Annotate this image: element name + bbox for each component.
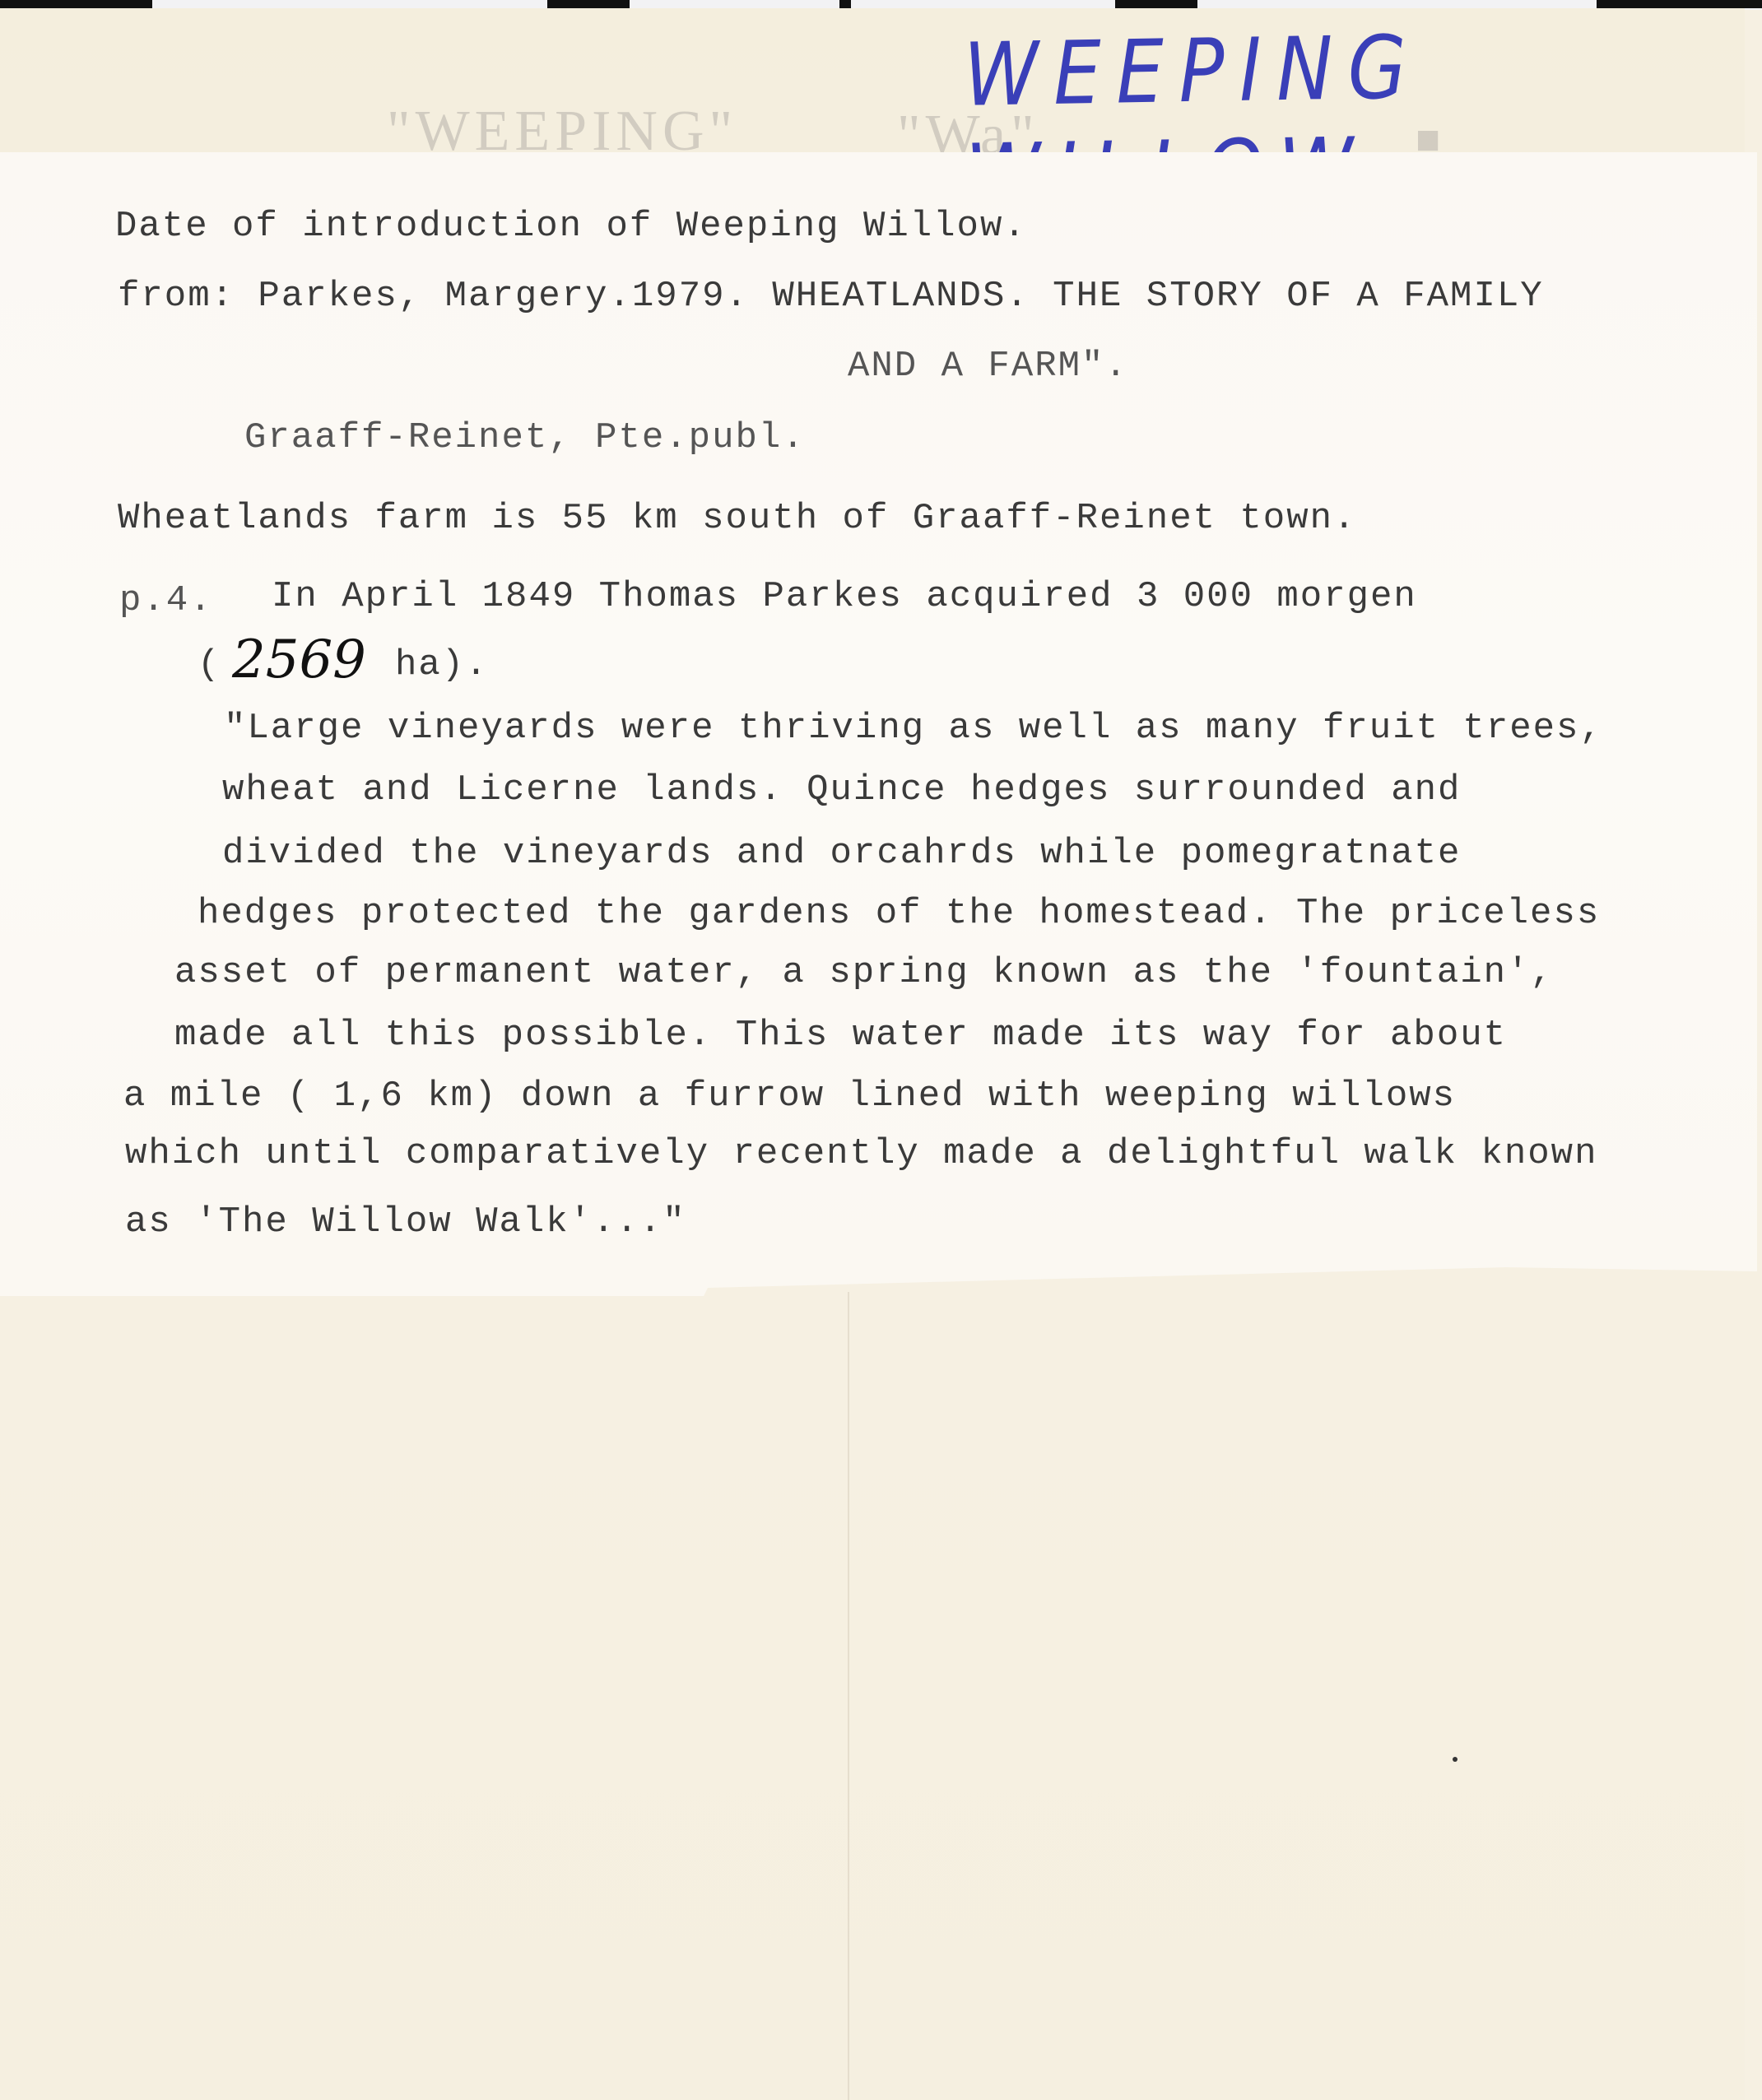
typed-slip: Date of introduction of Weeping Willow. … <box>0 152 1757 1296</box>
hectares-suffix: ha). <box>395 644 489 685</box>
quote-line: "Large vineyards were thriving as well a… <box>224 708 1603 749</box>
quote-line: asset of permanent water, a spring known… <box>174 952 1554 993</box>
quote-line: wheat and Licerne lands. Quince hedges s… <box>222 769 1461 811</box>
location-note: Wheatlands farm is 55 km south of Graaff… <box>118 498 1356 539</box>
scanner-edge <box>1597 0 1762 8</box>
quote-line: made all this possible. This water made … <box>174 1015 1507 1056</box>
paper-speck <box>1453 1757 1457 1762</box>
citation-line-2: AND A FARM". <box>848 346 1128 387</box>
scanner-edge <box>839 0 851 8</box>
fold-crease <box>848 1292 849 2100</box>
citation-line-3: Graaff-Reinet, Pte.publ. <box>244 417 806 458</box>
quote-line: as 'The Willow Walk'..." <box>125 1201 686 1243</box>
page-reference: p.4. <box>119 580 213 621</box>
scanner-edge <box>547 0 630 8</box>
citation-line-1: from: Parkes, Margery.1979. WHEATLANDS. … <box>118 276 1544 317</box>
quote-line: a mile ( 1,6 km) down a furrow lined wit… <box>123 1076 1456 1117</box>
quote-line: divided the vineyards and orcahrds while… <box>222 833 1461 874</box>
hectares-open-paren: ( <box>198 644 221 685</box>
quote-line: hedges protected the gardens of the home… <box>198 893 1600 934</box>
handwritten-hectares: 2569 <box>232 630 366 690</box>
quote-line: which until comparatively recently made … <box>125 1133 1597 1174</box>
acquisition-line: In April 1849 Thomas Parkes acquired 3 0… <box>272 576 1417 617</box>
document-title: Date of introduction of Weeping Willow. <box>115 206 1027 247</box>
scanner-edge <box>0 0 152 8</box>
scanner-edge <box>1115 0 1197 8</box>
